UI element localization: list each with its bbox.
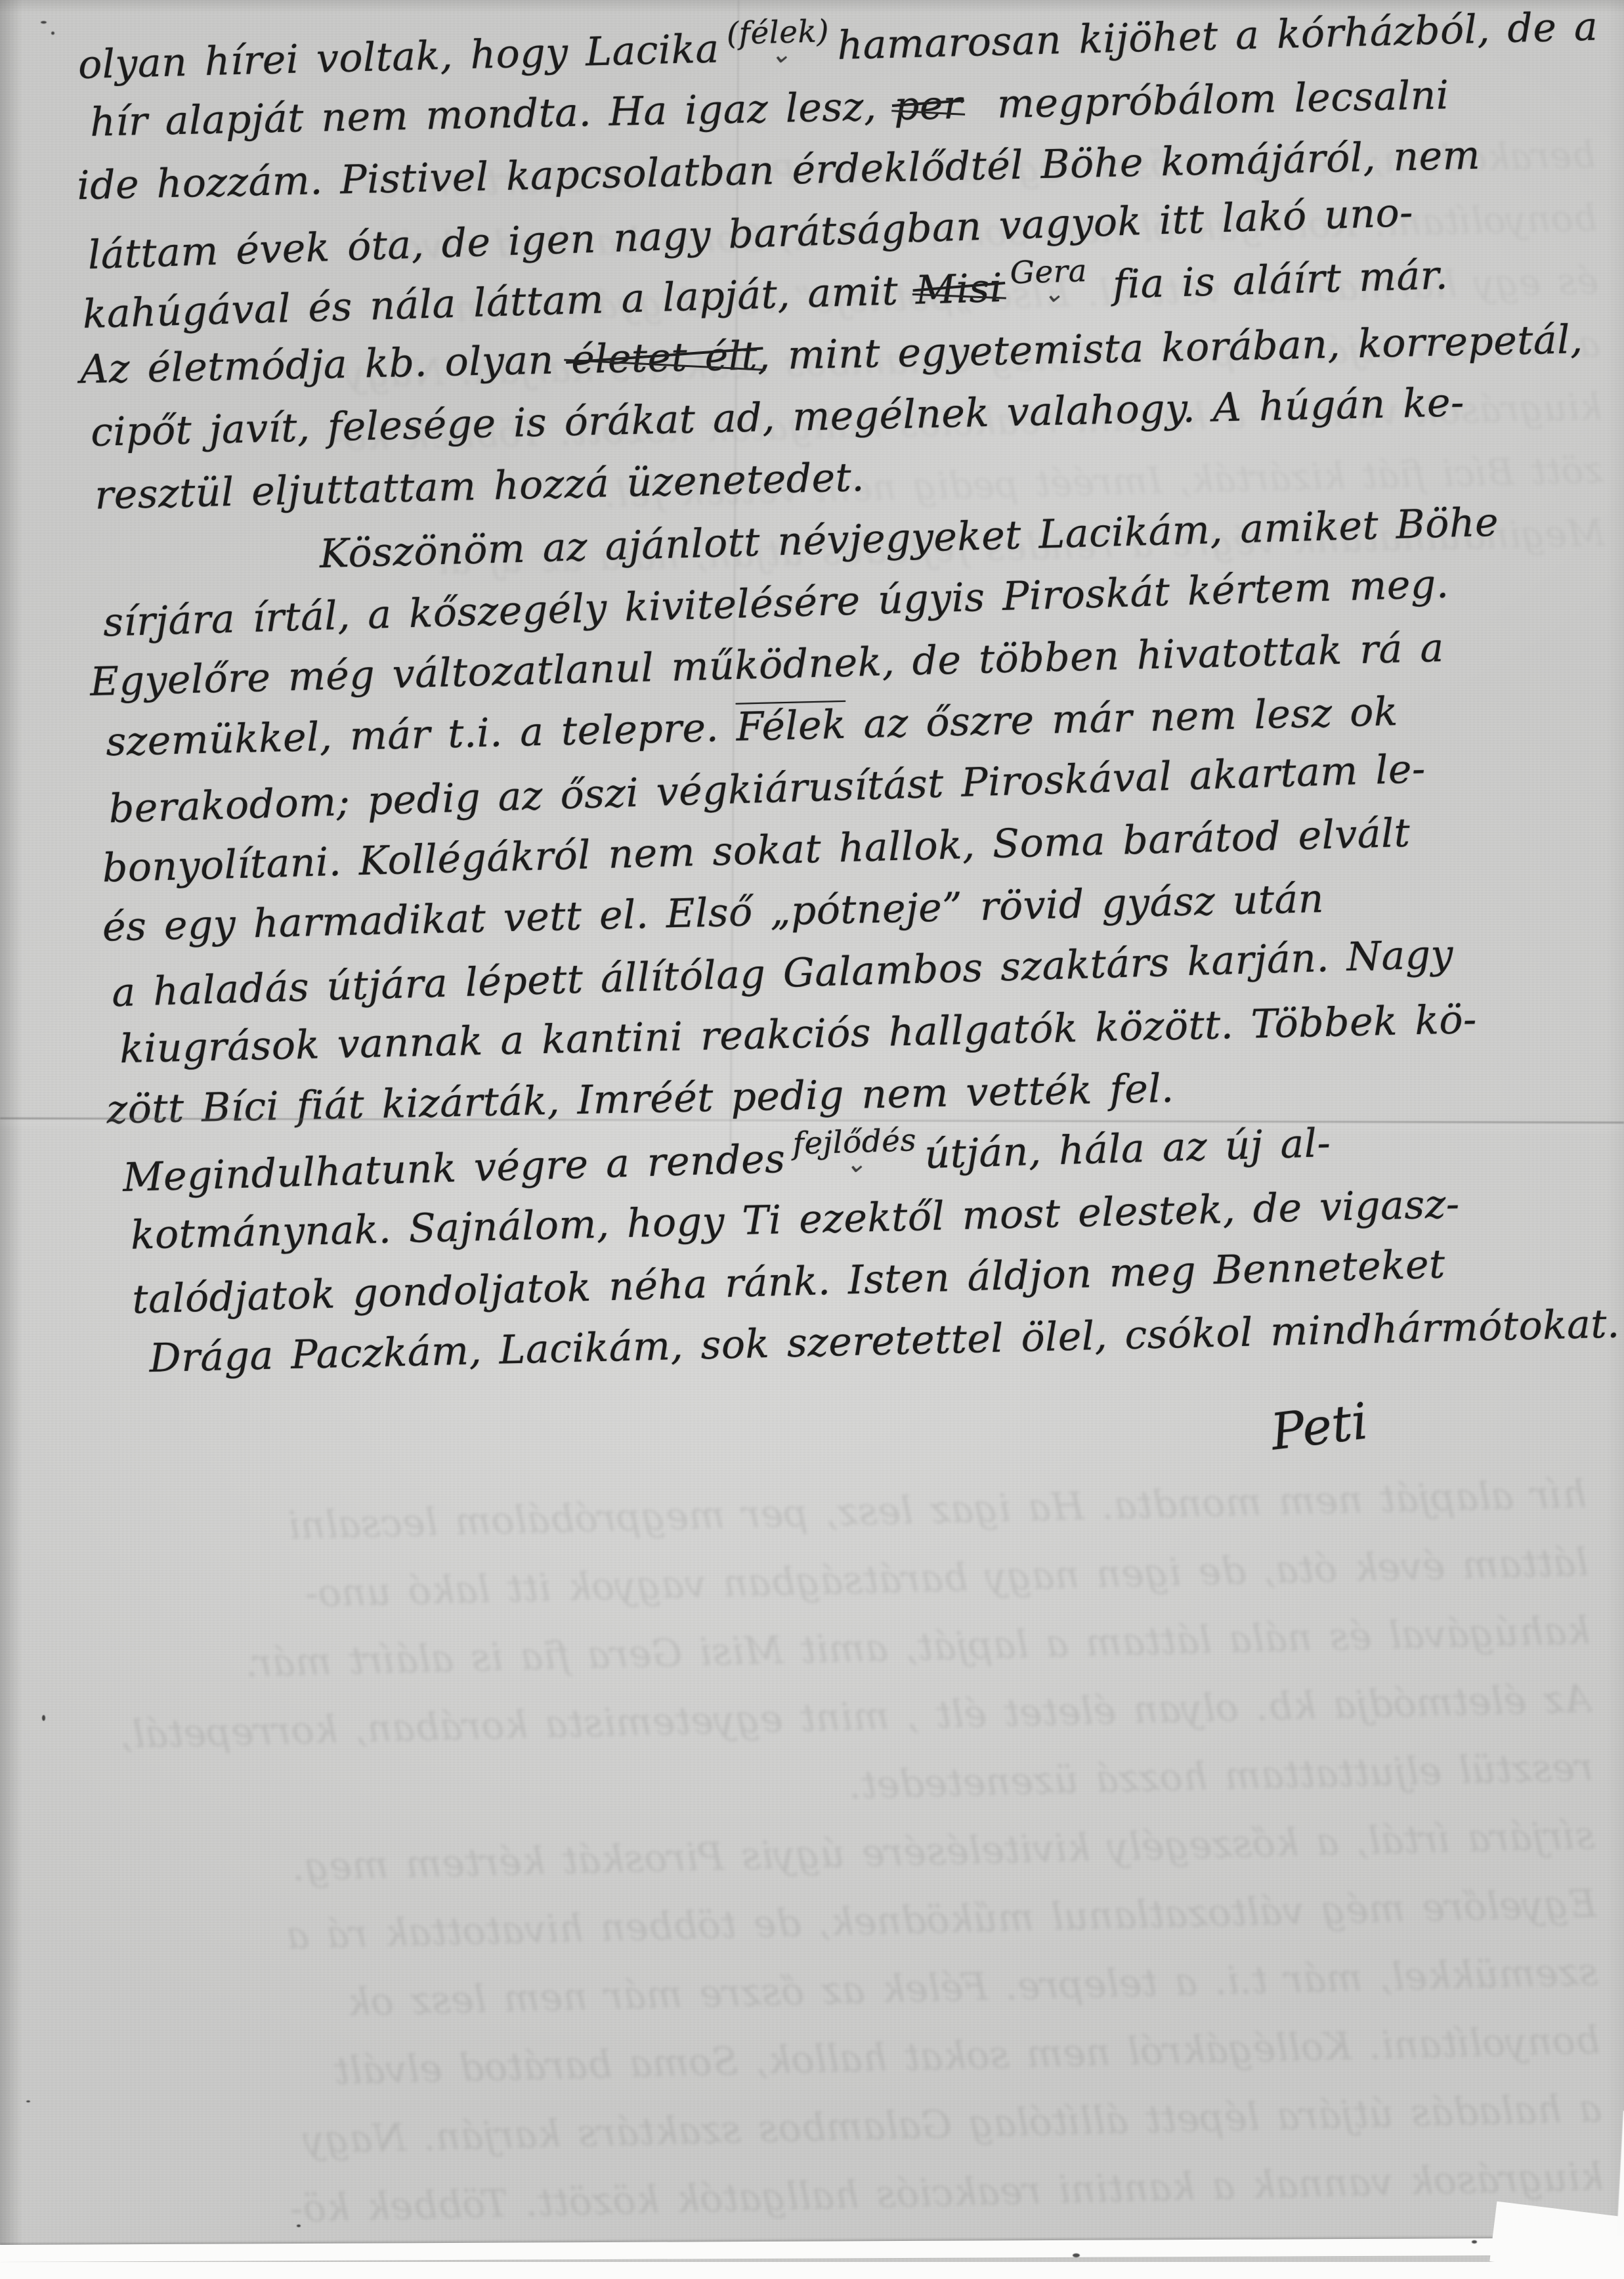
handwriting-text: Félek: [736, 702, 847, 750]
handwriting-text: szemükkel, már t.i. a telepre.: [106, 705, 737, 766]
ink-bleed-through: hír alapját nem mondta. Ha igaz lesz, pe…: [20, 1460, 1604, 2249]
handwriting-text: útján, hála az új al-: [924, 1120, 1332, 1178]
paper-speck: [42, 1715, 45, 1721]
handwriting-text: hír alapját nem mondta. Ha igaz lesz,: [90, 83, 895, 146]
handwriting-text: resztül eljuttattam hozzá üzenetedet.: [95, 454, 865, 519]
paper-speck: [297, 2225, 301, 2227]
crossed-out-word: életet élt: [570, 325, 758, 391]
handwriting-text: megpróbálom lecsalni: [962, 72, 1449, 128]
crossed-out-word: Misi: [914, 257, 1003, 322]
handwriting-text: hamarosan kijöhet a kórházból, de a: [837, 4, 1598, 69]
crossed-out-word: per: [893, 74, 963, 137]
letter-page: berakodom; pedig az őszi végkiárusítást …: [0, 0, 1624, 2262]
paper-speck: [1472, 2240, 1477, 2244]
scanner-background-edge: [1617, 2111, 1624, 2236]
handwriting-text: az őszre már nem lesz ok: [845, 689, 1398, 748]
handwriting-text: , mint egyetemista korában, korrepetál,: [757, 316, 1583, 379]
paper-speck: [1073, 2253, 1080, 2257]
inserted-word: Gera: [1010, 271, 1087, 273]
inserted-word: (félek): [727, 32, 829, 34]
handwriting-text: olyan hírei voltak, hogy Lacika: [77, 26, 719, 88]
scanner-background-corner: [1489, 2202, 1624, 2279]
paper-speck: [41, 21, 47, 24]
inserted-word: fejlődés: [793, 1140, 916, 1144]
paper-speck: [51, 32, 54, 35]
handwritten-text-block: olyan hírei voltak, hogy Lacika(félek)ha…: [0, 0, 1624, 1392]
handwriting-text: Az életmódja kb. olyan: [79, 337, 572, 393]
paper-speck: [26, 2100, 30, 2102]
handwriting-text: fia is aláírt már.: [1095, 252, 1449, 308]
signature: Peti: [1268, 1391, 1371, 1461]
